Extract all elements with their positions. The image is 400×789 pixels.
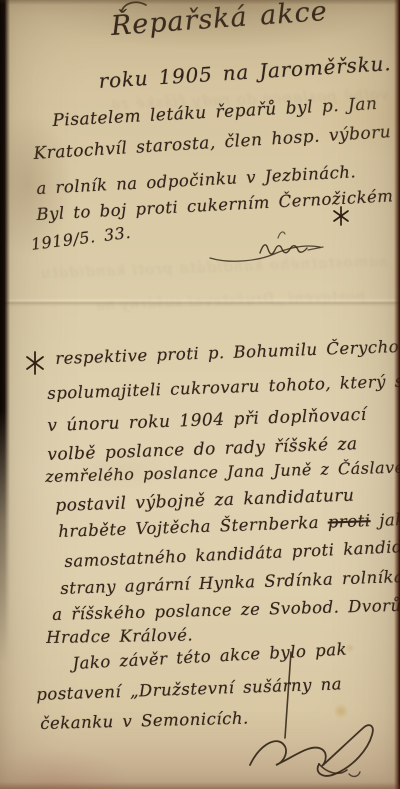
footnote-line-1: respektive proti p. Bohumilu Čerychovi [55, 337, 400, 368]
fold-crease [0, 298, 400, 307]
footnote-line-7: hraběte Vojtěcha Šternberka proti jako [58, 511, 400, 542]
page-edge-bottom [0, 782, 400, 789]
author-signature [235, 645, 400, 787]
date-note: 1919/5. 33. [30, 224, 132, 254]
footnote-line-6: postavil výbojně za kandidaturu [55, 487, 355, 516]
footnote-line-2: spolumajiteli cukrovaru tohoto, který se [47, 372, 400, 403]
struck-out-word: proti [327, 511, 370, 531]
footnote-marker-asterisk-icon [25, 351, 45, 375]
footnote-line-7-pre: hraběte Vojtěcha Šternberka [58, 513, 328, 541]
manuscript-page: volbě poslance do rady říšské za samosta… [0, 0, 400, 789]
footnote-line-3: v únoru roku 1904 při doplňovací [47, 406, 367, 436]
page-edge-right [394, 0, 400, 789]
footnote-line-9: strany agrární Hynka Srdínka rolníka [60, 568, 400, 598]
footnote-line-11: Hradce Králové. [46, 626, 193, 647]
footnote-reference-asterisk-icon [332, 206, 350, 226]
closing-line-3: čekanku v Semonicích. [40, 710, 249, 734]
annotator-signature [208, 226, 328, 268]
footnote-line-8: samostatného kandidáta proti kandidátu [64, 537, 400, 571]
page-edge-top [0, 0, 400, 5]
intro-line-2: Kratochvíl starosta, člen hosp. výboru [33, 123, 392, 164]
footnote-line-10: a říšského poslance ze Svobod. Dvorů u [52, 596, 400, 624]
page-edge-left [0, 0, 10, 789]
